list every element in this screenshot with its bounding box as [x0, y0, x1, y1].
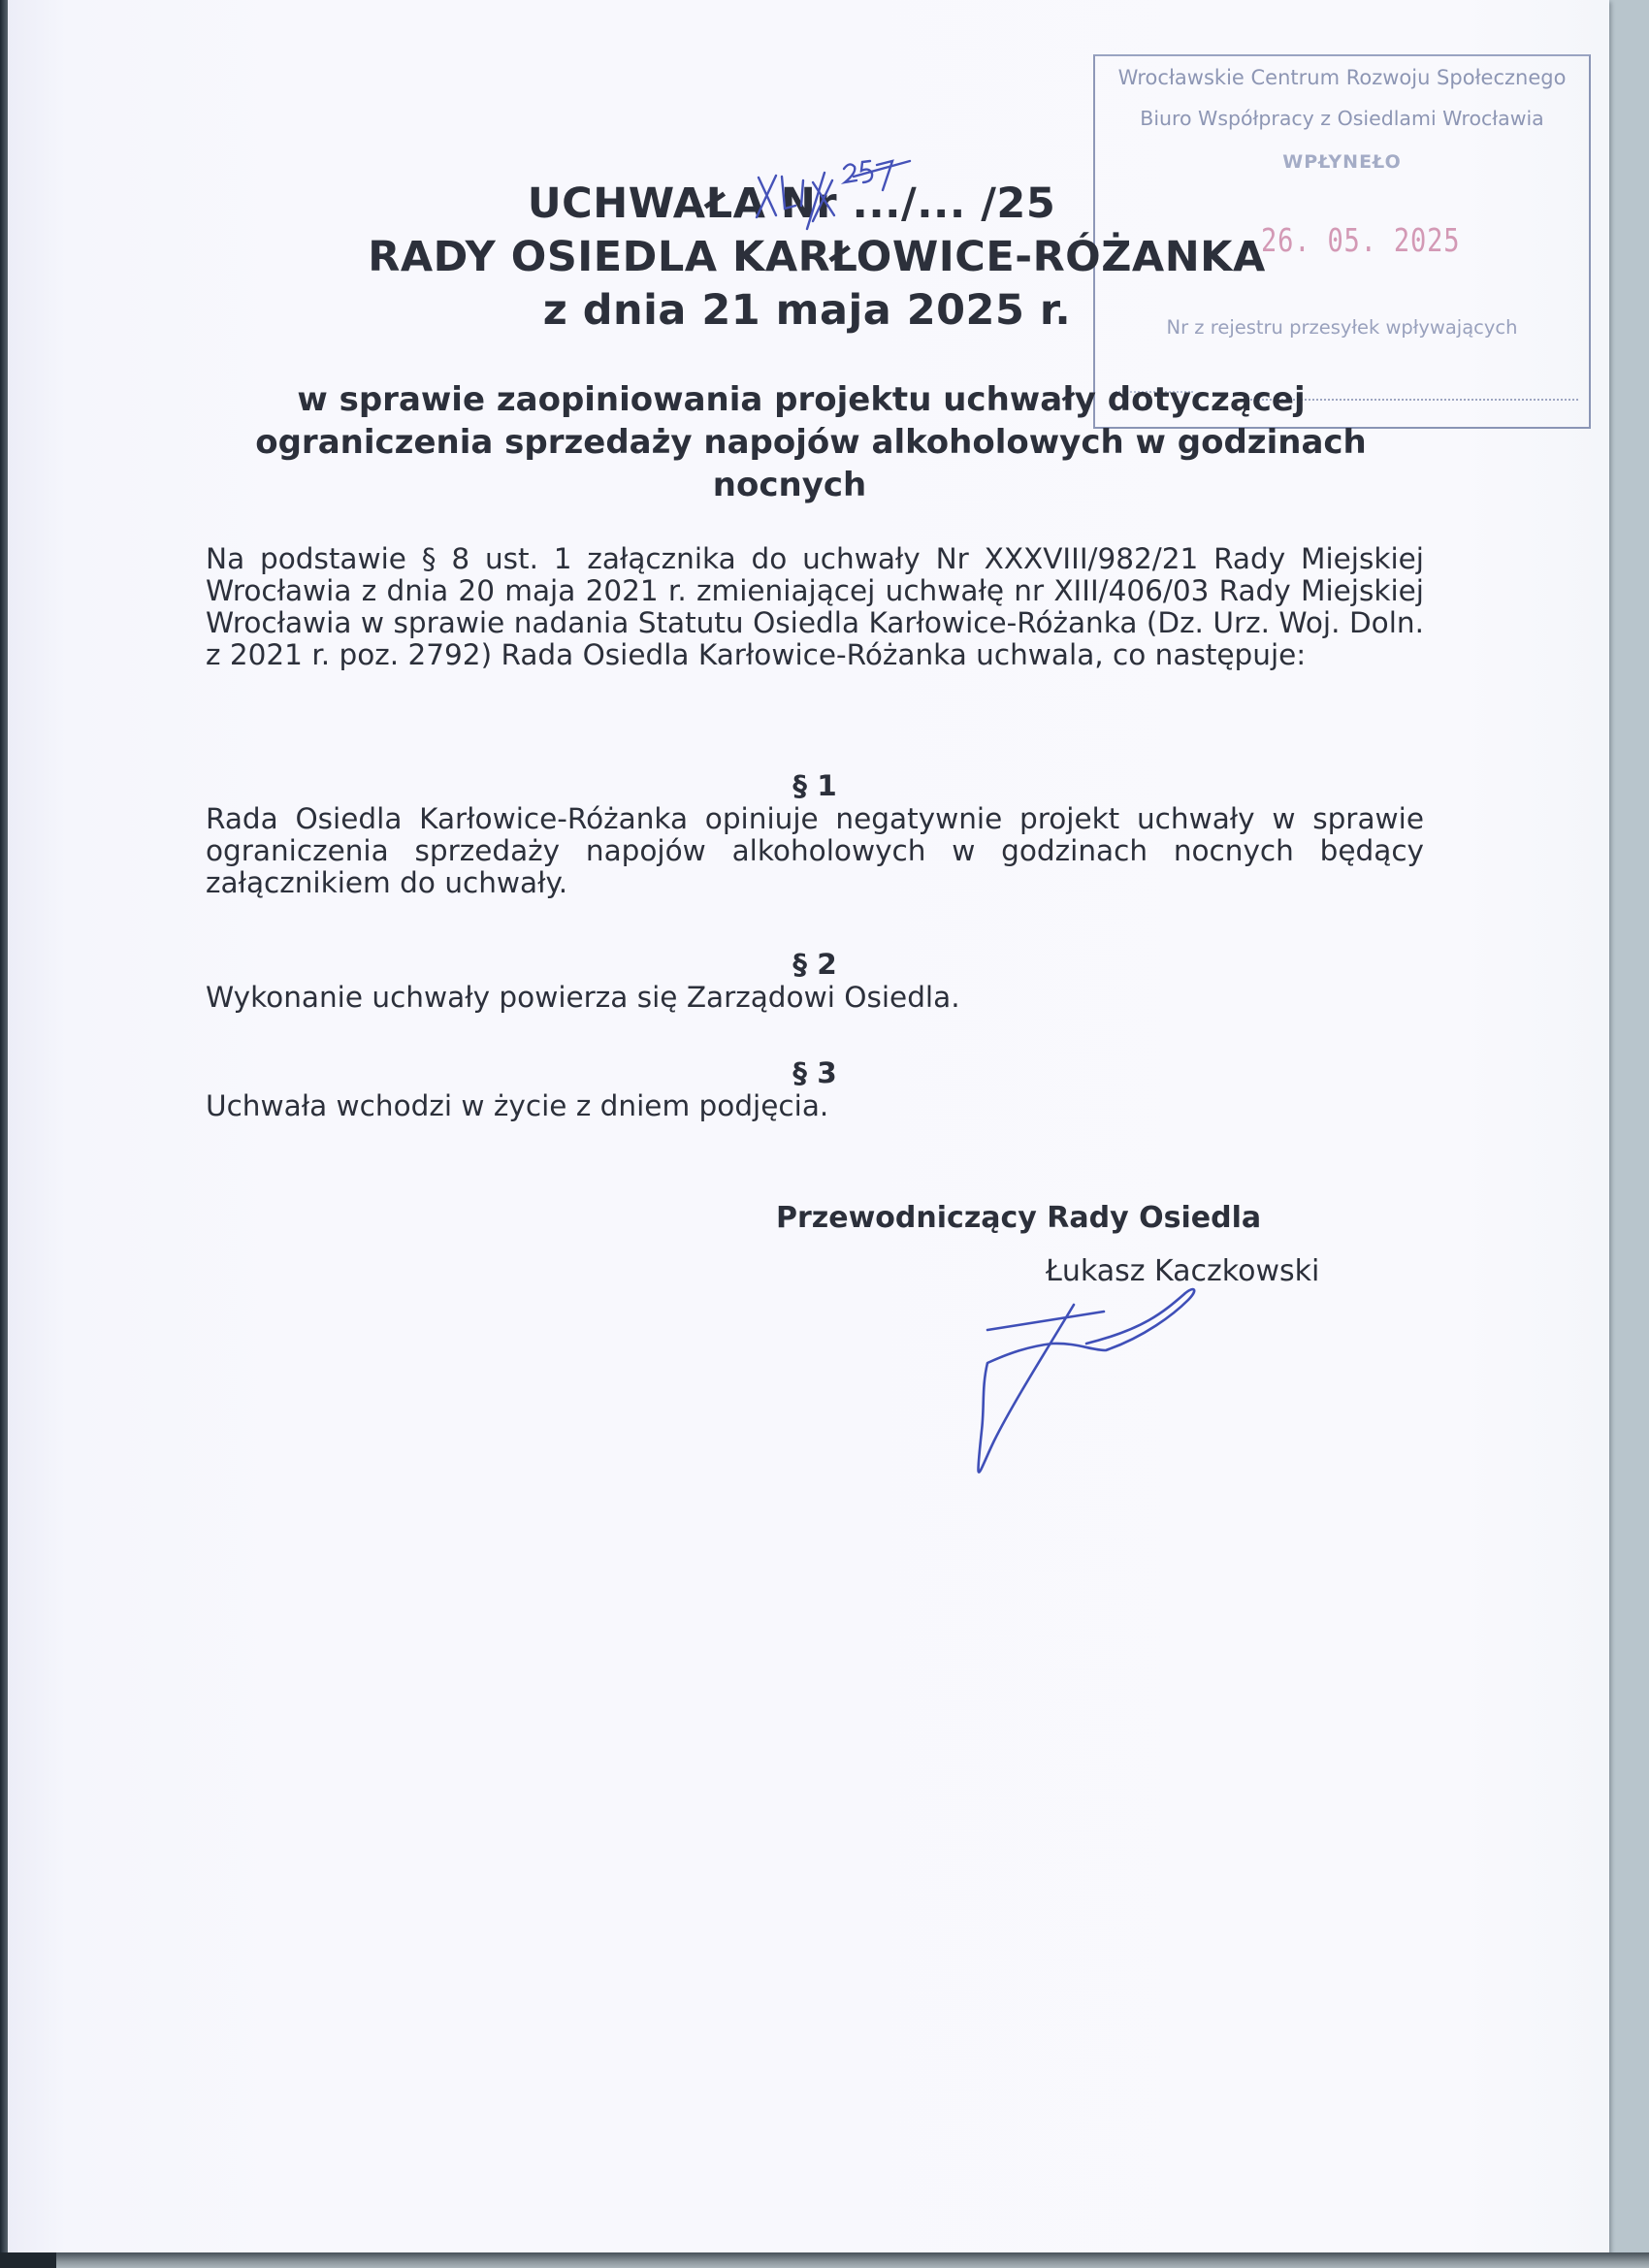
scan-edge-corner	[0, 2252, 56, 2268]
subject-line-3: nocnych	[0, 466, 1614, 504]
section-1-text: Rada Osiedla Karłowice-Różanka opiniuje …	[206, 803, 1424, 899]
scan-edge-bottom	[0, 2252, 1649, 2268]
section-3-text: Uchwała wchodzi w życie z dniem podjęcia…	[206, 1090, 1424, 1122]
section-3-heading: § 3	[206, 1056, 1424, 1089]
stamp-received-label: WPŁYNEŁO	[1095, 151, 1589, 173]
section-1-heading: § 1	[206, 769, 1424, 802]
stamp-office: Biuro Współpracy z Osiedlami Wrocławia	[1095, 107, 1589, 130]
section-2-heading: § 2	[206, 948, 1424, 981]
title-line-number: UCHWAŁA Nr .../... /25	[0, 179, 1616, 228]
preamble-paragraph: Na podstawie § 8 ust. 1 załącznika do uc…	[206, 543, 1424, 671]
signature-name: Łukasz Kaczkowski	[1046, 1254, 1319, 1288]
section-2-text: Wykonanie uchwały powierza się Zarządowi…	[206, 982, 1424, 1014]
subject-line-1: w sprawie zaopiniowania projektu uchwały…	[0, 380, 1626, 419]
stamp-organization: Wrocławskie Centrum Rozwoju Społecznego	[1095, 66, 1589, 89]
scan-edge-left	[0, 0, 8, 2268]
signature-title: Przewodniczący Rady Osiedla	[776, 1201, 1261, 1235]
title-line-council: RADY OSIEDLA KARŁOWICE-RÓŻANKA	[0, 233, 1641, 281]
title-line-date: z dnia 21 maja 2025 r.	[0, 286, 1632, 335]
subject-line-2: ograniczenia sprzedaży napojów alkoholow…	[0, 423, 1635, 462]
